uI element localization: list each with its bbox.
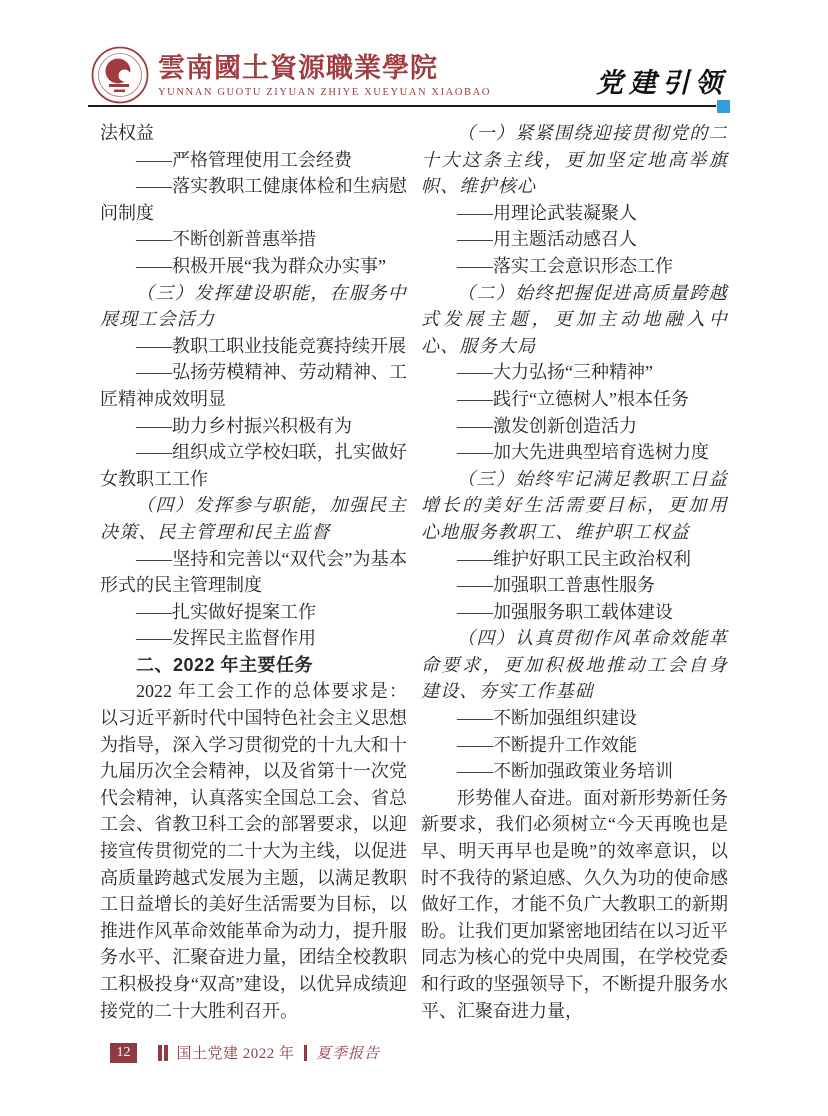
paragraph-dash: ——加强服务职工载体建设 [421,599,728,626]
paragraph-dash: ——践行“立德树人”根本任务 [421,386,728,413]
paragraph-body: 形势催人奋进。面对新形势新任务新要求，我们必须树立“今天再晚也是早、明天再早也是… [421,785,728,1024]
paragraph-dash: ——大力弘扬“三种精神” [421,359,728,386]
paragraph-dash: ——严格管理使用工会经费 [100,147,407,174]
paragraph-kai: （一）紧紧围绕迎接贯彻党的二十大这条主线，更加坚定地高举旗帜、维护核心 [421,120,728,200]
section-label: 党建引领 [596,61,728,106]
paragraph-dash: ——用主题活动感召人 [421,226,728,253]
paragraph-dash: ——维护好职工民主政治权利 [421,546,728,573]
paragraph-cont: 法权益 [100,120,407,147]
paragraph-dash: ——扎实做好提案工作 [100,599,407,626]
double-bar-icon [158,1045,168,1061]
masthead-title-block: 雲南國土資源職業學院 YUNNAN GUOTU ZIYUAN ZHIYE XUE… [158,52,491,98]
school-name-calligraphy: 雲南國土資源職業學院 [158,52,491,84]
paragraph-dash: ——不断加强组织建设 [421,705,728,732]
paragraph-kai: （二）始终把握促进高质量跨越式发展主题，更加主动地融入中心、服务大局 [421,280,728,360]
page-footer: 12 国土党建 2022 年 夏季报告 [110,1042,380,1063]
paragraph-dash: ——不断加强政策业务培训 [421,758,728,785]
header-rule [88,105,716,107]
paragraph-kai: （四）发挥参与职能，加强民主决策、民主管理和民主监督 [100,492,407,545]
paragraph-dash: ——组织成立学校妇联，扎实做好女教职工工作 [100,439,407,492]
newsletter-page: 雲南國土資源職業學院 YUNNAN GUOTU ZIYUAN ZHIYE XUE… [0,0,828,1116]
paragraph-dash: ——坚持和完善以“双代会”为基本形式的民主管理制度 [100,546,407,599]
paragraph-dash: ——落实教职工健康体检和生病慰问制度 [100,173,407,226]
separator-bar-icon [304,1045,308,1061]
paragraph-kai: （三）始终牢记满足教职工日益增长的美好生活需要目标，更加用心地服务教职工、维护职… [421,466,728,546]
paragraph-dash: ——落实工会意识形态工作 [421,253,728,280]
page-number: 12 [110,1043,137,1063]
paragraph-dash: ——发挥民主监督作用 [100,625,407,652]
right-column: （一）紧紧围绕迎接贯彻党的二十大这条主线，更加坚定地高举旗帜、维护核心——用理论… [421,120,728,1024]
publication-title: 国土党建 2022 年 [177,1042,295,1063]
school-name-pinyin: YUNNAN GUOTU ZIYUAN ZHIYE XUEYUAN XIAOBA… [158,87,491,98]
paragraph-dash: ——不断提升工作效能 [421,732,728,759]
paragraph-kai: （三）发挥建设职能，在服务中展现工会活力 [100,280,407,333]
left-column: 法权益——严格管理使用工会经费——落实教职工健康体检和生病慰问制度——不断创新普… [100,120,407,1024]
paragraph-dash: ——加强职工普惠性服务 [421,572,728,599]
paragraph-body: 2022 年工会工作的总体要求是：以习近平新时代中国特色社会主义思想为指导，深入… [100,678,407,1024]
article-body: 法权益——严格管理使用工会经费——落实教职工健康体检和生病慰问制度——不断创新普… [100,120,728,1024]
paragraph-dash: ——助力乡村振兴积极有为 [100,413,407,440]
paragraph-dash: ——用理论武装凝聚人 [421,200,728,227]
paragraph-dash: ——弘扬劳模精神、劳动精神、工匠精神成效明显 [100,359,407,412]
paragraph-dash: ——激发创新创造活力 [421,413,728,440]
paragraph-kai: （四）认真贯彻作风革命效能革命要求，更加积极地推动工会自身建设、夯实工作基础 [421,625,728,705]
blue-square-accent [717,100,730,113]
paragraph-bold: 二、2022 年主要任务 [100,652,407,679]
paragraph-dash: ——教职工职业技能竞赛持续开展 [100,333,407,360]
college-seal-logo-icon [90,44,150,106]
page-header: 雲南國土資源職業學院 YUNNAN GUOTU ZIYUAN ZHIYE XUE… [90,40,728,106]
paragraph-dash: ——不断创新普惠举措 [100,226,407,253]
paragraph-dash: ——积极开展“我为群众办实事” [100,253,407,280]
paragraph-dash: ——加大先进典型培育选树力度 [421,439,728,466]
issue-label: 夏季报告 [316,1042,380,1063]
masthead: 雲南國土資源職業學院 YUNNAN GUOTU ZIYUAN ZHIYE XUE… [90,44,491,106]
